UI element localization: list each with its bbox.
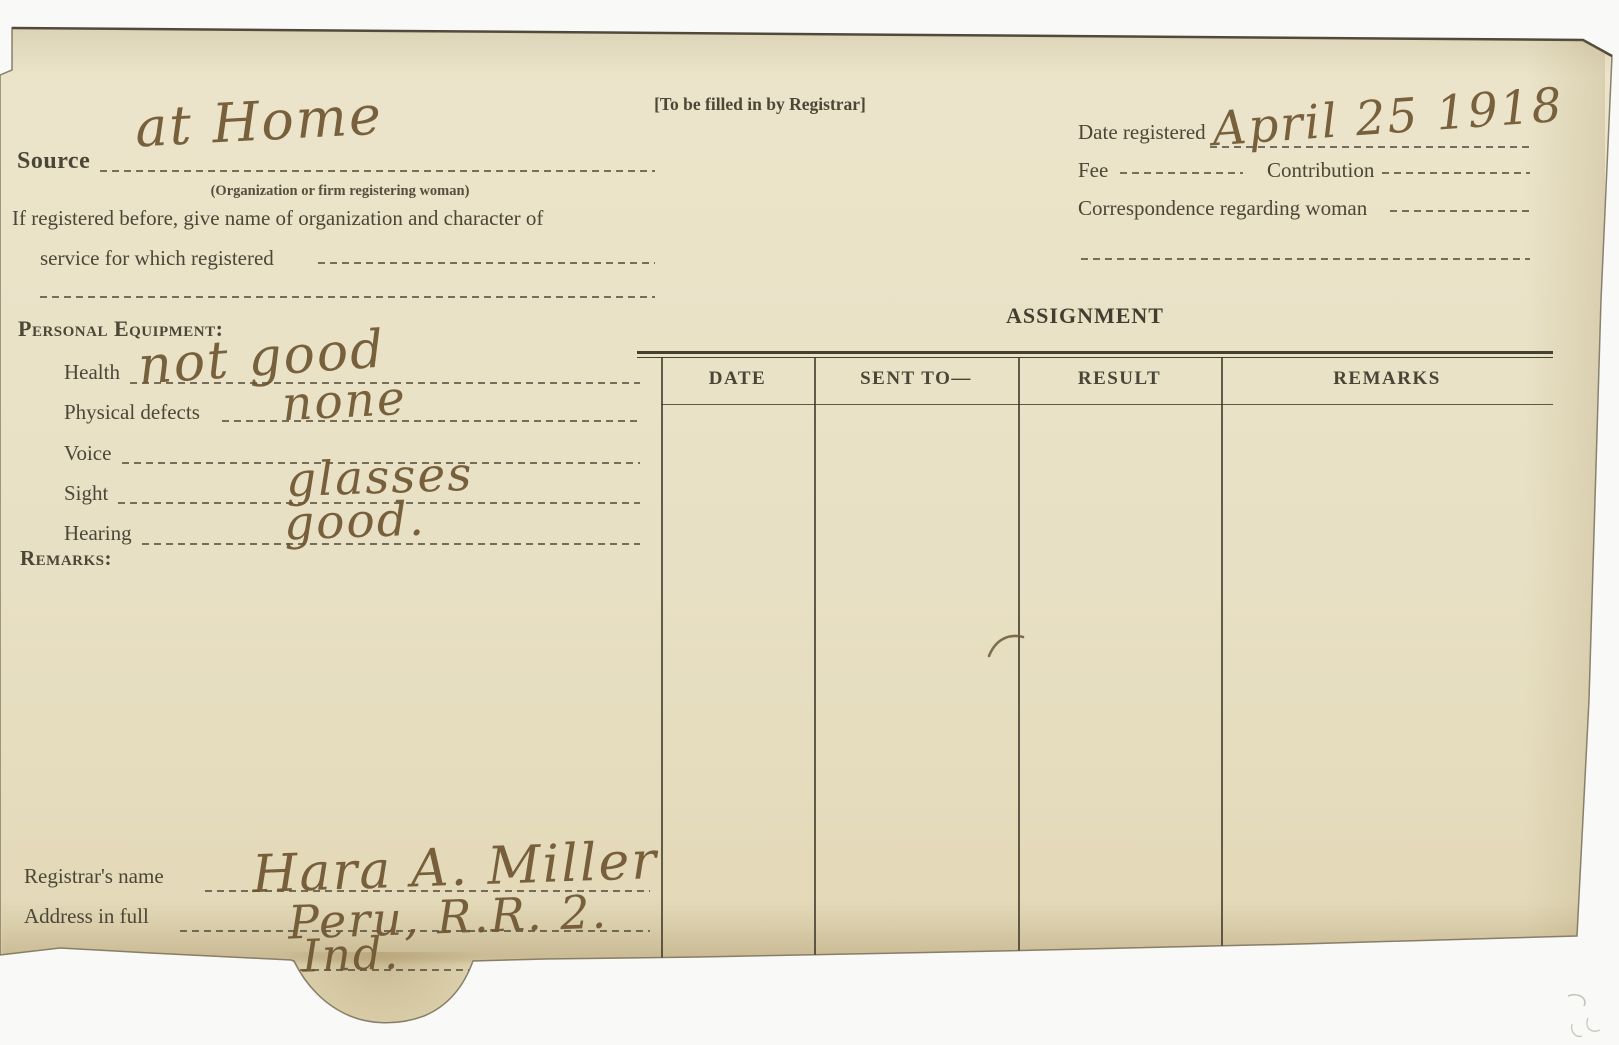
source-handwriting: at Home xyxy=(134,84,385,160)
voice-label: Voice xyxy=(64,441,111,466)
card-content: [To be filled in by Registrar] Date regi… xyxy=(0,0,1619,1045)
source-label: Source xyxy=(17,148,90,175)
remarks-heading: Remarks: xyxy=(20,546,112,571)
col-header-result: RESULT xyxy=(1018,368,1221,390)
assignment-title: ASSIGNMENT xyxy=(935,303,1235,329)
health-label: Health xyxy=(64,360,120,385)
source-hint: (Organization or firm registering woman) xyxy=(165,183,515,200)
col-header-sent-to: SENT TO— xyxy=(814,368,1018,390)
col-header-remarks: REMARKS xyxy=(1221,368,1553,390)
registrar-name-label: Registrar's name xyxy=(24,864,164,889)
fee-line xyxy=(1120,172,1243,174)
registered-before-line2: service for which registered xyxy=(40,246,274,271)
table-divider-2 xyxy=(1018,357,1020,967)
address-label: Address in full xyxy=(24,904,149,929)
table-top-rule xyxy=(637,351,1553,354)
source-line xyxy=(100,170,655,172)
registered-before-line1: If registered before, give name of organ… xyxy=(12,206,543,231)
correspondence-line-2 xyxy=(1081,258,1530,260)
registrar-fill-header: [To be filled in by Registrar] xyxy=(610,94,910,115)
correspondence-line xyxy=(1390,210,1530,212)
table-header-rule xyxy=(661,404,1553,405)
scanned-registration-card: [To be filled in by Registrar] Date regi… xyxy=(0,0,1619,1045)
physical-defects-label: Physical defects xyxy=(64,400,200,425)
contribution-line xyxy=(1382,172,1530,174)
table-divider-1 xyxy=(814,357,816,967)
ink-mark xyxy=(985,626,1029,660)
pencil-marks xyxy=(1558,990,1618,1042)
table-border-left xyxy=(661,357,663,967)
table-divider-3 xyxy=(1221,357,1223,967)
table-top-rule-2 xyxy=(637,357,1553,358)
correspondence-label: Correspondence regarding woman xyxy=(1078,196,1367,221)
address-handwriting-2: Ind. xyxy=(301,926,401,982)
sight-label: Sight xyxy=(64,481,108,506)
fee-label: Fee xyxy=(1078,158,1108,183)
registered-before-line xyxy=(318,262,655,264)
physical-defects-handwriting: none xyxy=(281,371,408,432)
hearing-label: Hearing xyxy=(64,521,132,546)
hearing-handwriting: good. xyxy=(283,492,427,552)
registered-before-line-2 xyxy=(40,296,655,298)
date-registered-label: Date registered xyxy=(1078,120,1206,145)
contribution-label: Contribution xyxy=(1267,158,1374,183)
col-header-date: DATE xyxy=(661,368,814,390)
